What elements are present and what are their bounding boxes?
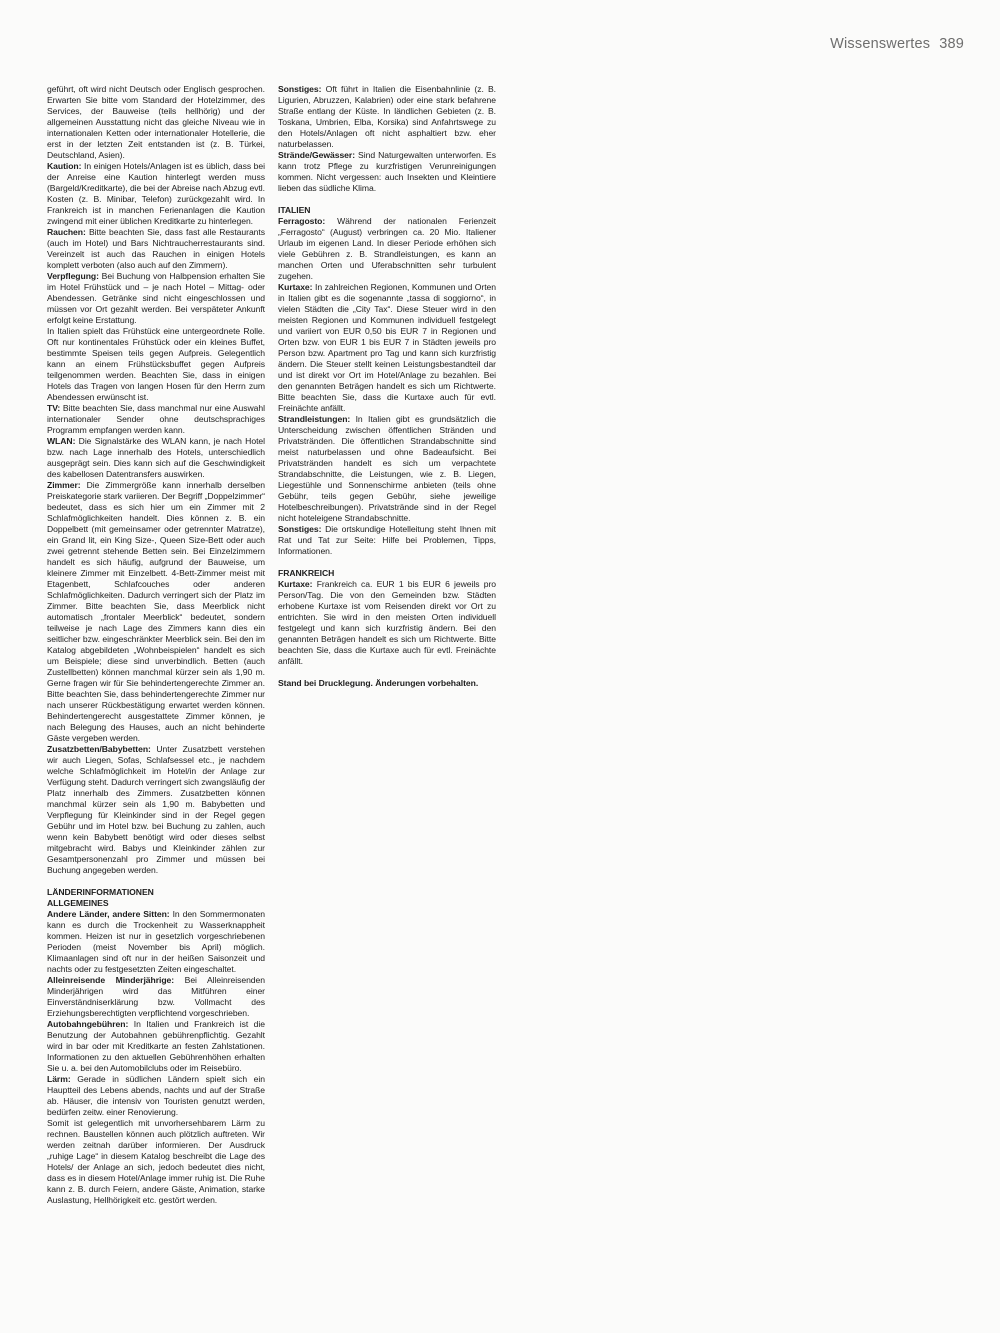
paragraph-text: Bitte beachten Sie, dass manchmal nur ei… — [47, 403, 265, 435]
paragraph-lead: Kaution: — [47, 161, 84, 171]
paragraph-lead: Zusatzbetten/Babybetten: — [47, 744, 156, 754]
paragraph-ferragosto: Ferragosto:Während der nationalen Ferien… — [278, 216, 496, 282]
paragraph-lead: Verpflegung: — [47, 271, 102, 281]
paragraph-text: geführt, oft wird nicht Deutsch oder Eng… — [47, 84, 265, 160]
paragraph-lead: Strandleistungen: — [278, 414, 356, 424]
paragraph-lead: Lärm: — [47, 1074, 77, 1084]
page-header: Wissenswertes389 — [830, 36, 964, 52]
paragraph-andere-laender: Andere Länder, andere Sitten:In den Somm… — [47, 909, 265, 975]
paragraph-wlan: WLAN:Die Signalstärke des WLAN kann, je … — [47, 436, 265, 480]
paragraph-text: In Italien spielt das Frühstück eine unt… — [47, 326, 265, 402]
content-columns: geführt, oft wird nicht Deutsch oder Eng… — [47, 84, 496, 1206]
section-heading-frankreich: FRANKREICH — [278, 568, 496, 579]
paragraph-laerm: Lärm:Gerade in südlichen Ländern spielt … — [47, 1074, 265, 1118]
paragraph-kurtaxe-frankreich: Kurtaxe:Frankreich ca. EUR 1 bis EUR 6 j… — [278, 579, 496, 667]
paragraph-lead: Zimmer: — [47, 480, 87, 490]
paragraph-continuation: geführt, oft wird nicht Deutsch oder Eng… — [47, 84, 265, 161]
paragraph-lead: Strände/Gewässer: — [278, 150, 358, 160]
left-column: geführt, oft wird nicht Deutsch oder Eng… — [47, 84, 265, 1206]
paragraph-fruehstueck-italien: In Italien spielt das Frühstück eine unt… — [47, 326, 265, 403]
paragraph-lead: WLAN: — [47, 436, 79, 446]
paragraph-lead: Autobahngebühren: — [47, 1019, 134, 1029]
paragraph-lead: Andere Länder, andere Sitten: — [47, 909, 173, 919]
paragraph-sonstiges-allgemein: Sonstiges:Oft führt in Italien die Eisen… — [278, 84, 496, 150]
paragraph-text: Unter Zusatzbett verstehen wir auch Lieg… — [47, 744, 265, 875]
print-disclaimer: Stand bei Drucklegung. Änderungen vorbeh… — [278, 678, 496, 689]
paragraph-lead: Rauchen: — [47, 227, 89, 237]
paragraph-lead: Kurtaxe: — [278, 282, 315, 292]
paragraph-lead: Kurtaxe: — [278, 579, 317, 589]
paragraph-text: In zahlreichen Regionen, Kommunen und Or… — [278, 282, 496, 413]
paragraph-lead: Sonstiges: — [278, 524, 325, 534]
paragraph-text: Die Zimmergröße kann innerhalb derselben… — [47, 480, 265, 743]
paragraph-zusatzbetten: Zusatzbetten/Babybetten:Unter Zusatzbett… — [47, 744, 265, 876]
page-number: 389 — [939, 36, 964, 52]
page-header-title: Wissenswertes — [830, 36, 930, 52]
paragraph-text: Frankreich ca. EUR 1 bis EUR 6 jeweils p… — [278, 579, 496, 666]
paragraph-lead: Alleinreisende Minderjährige: — [47, 975, 185, 985]
paragraph-sonstiges-italien: Sonstiges:Die ortskundige Hotelleitung s… — [278, 524, 496, 557]
paragraph-rauchen: Rauchen:Bitte beachten Sie, dass fast al… — [47, 227, 265, 271]
section-heading-allgemeines: ALLGEMEINES — [47, 898, 265, 909]
paragraph-strandleistungen: Strandleistungen:In Italien gibt es grun… — [278, 414, 496, 524]
paragraph-lead: TV: — [47, 403, 63, 413]
paragraph-alleinreisende: Alleinreisende Minderjährige:Bei Alleinr… — [47, 975, 265, 1019]
paragraph-text: Gerade in südlichen Ländern spielt sich … — [47, 1074, 265, 1117]
paragraph-tv: TV:Bitte beachten Sie, dass manchmal nur… — [47, 403, 265, 436]
paragraph-kaution: Kaution:In einigen Hotels/Anlagen ist es… — [47, 161, 265, 227]
paragraph-straende-gewaesser: Strände/Gewässer:Sind Naturgewalten unte… — [278, 150, 496, 194]
right-column: Sonstiges:Oft führt in Italien die Eisen… — [278, 84, 496, 1206]
paragraph-verpflegung: Verpflegung:Bei Buchung von Halbpension … — [47, 271, 265, 326]
paragraph-lead: Ferragosto: — [278, 216, 337, 226]
paragraph-autobahngebuehren: Autobahngebühren:In Italien und Frankrei… — [47, 1019, 265, 1074]
paragraph-kurtaxe-italien: Kurtaxe:In zahlreichen Regionen, Kommune… — [278, 282, 496, 414]
paragraph-text: Somit ist gelegentlich mit unvorhersehba… — [47, 1118, 265, 1205]
section-heading-italien: ITALIEN — [278, 205, 496, 216]
paragraph-laerm-fortsetzung: Somit ist gelegentlich mit unvorhersehba… — [47, 1118, 265, 1206]
paragraph-text: In Italien gibt es grundsätzlich die Unt… — [278, 414, 496, 523]
paragraph-text: Die Signalstärke des WLAN kann, je nach … — [47, 436, 265, 479]
paragraph-zimmer: Zimmer:Die Zimmergröße kann innerhalb de… — [47, 480, 265, 744]
section-heading-laenderinformationen: LÄNDERINFORMATIONEN — [47, 887, 265, 898]
paragraph-lead: Sonstiges: — [278, 84, 326, 94]
